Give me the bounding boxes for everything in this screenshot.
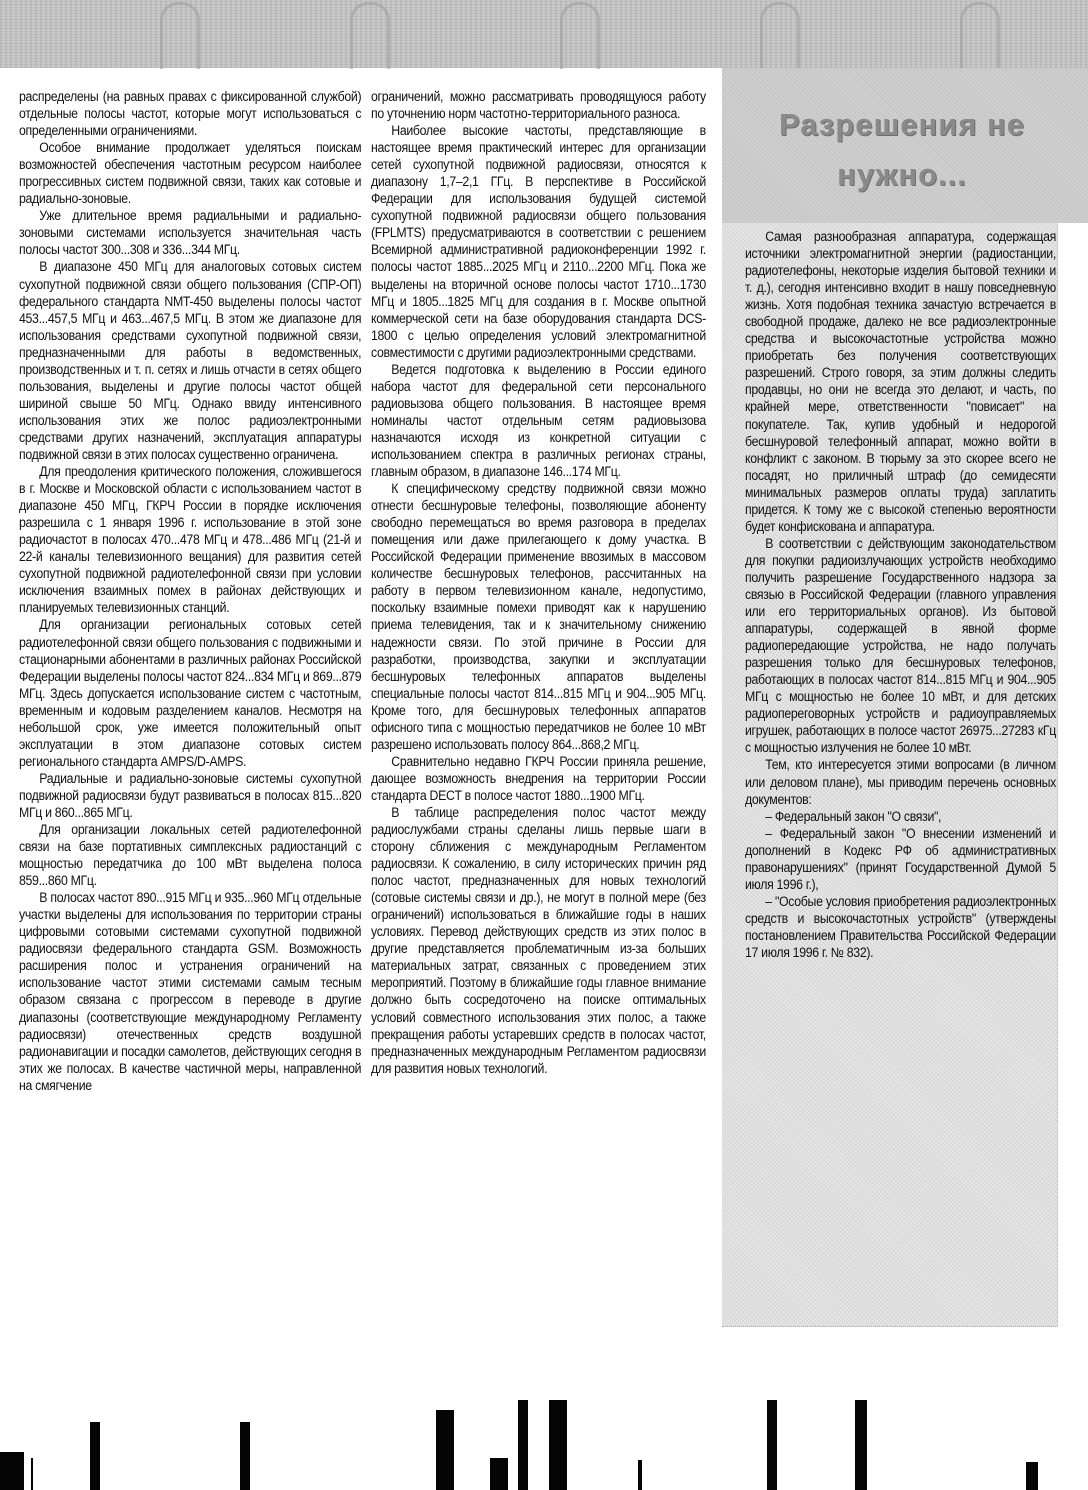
- scan-bar: [855, 1400, 867, 1490]
- article-column-left: распределены (на равных правах с фиксиро…: [19, 88, 361, 1094]
- sidebar-list-item: – Федеральный закон "О связи",: [745, 808, 1056, 825]
- article-column-middle: ограничений, можно рассматривать проводя…: [371, 88, 706, 1077]
- scan-artifact-bars: [0, 1400, 1088, 1490]
- paragraph: Наиболее высокие частоты, представляющие…: [371, 122, 706, 361]
- sidebar-text: Самая разнообразная аппаратура, содержащ…: [745, 228, 1056, 961]
- sidebar-paragraph: В соответствии с действующим законодател…: [745, 535, 1056, 757]
- sidebar-list-item: – "Особые условия приобретения радиоэлек…: [745, 893, 1056, 961]
- ghost-letter-shape: [350, 2, 390, 69]
- paragraph: Ведется подготовка к выделению в России …: [371, 361, 706, 480]
- paragraph: В полосах частот 890...915 МГц и 935...9…: [19, 889, 361, 1094]
- sidebar-title-line-2: нужно...: [722, 150, 1082, 200]
- paragraph: ограничений, можно рассматривать проводя…: [371, 88, 706, 122]
- ghost-letter-shape: [560, 2, 600, 69]
- paragraph: Для организации региональных сотовых сет…: [19, 616, 361, 769]
- sidebar-list-item: – Федеральный закон "О внесении изменени…: [745, 825, 1056, 893]
- scan-bar: [90, 1422, 100, 1490]
- paragraph: Радиальные и радиально-зоновые системы с…: [19, 770, 361, 821]
- scan-bar: [1026, 1462, 1038, 1490]
- scan-bar: [0, 1452, 24, 1490]
- scan-bar: [490, 1458, 508, 1490]
- sidebar-title-line-1: Разрешения не: [722, 100, 1082, 150]
- paragraph: К специфическому средству подвижной связ…: [371, 480, 706, 753]
- ghost-letter-shape: [160, 2, 200, 69]
- paragraph: Для преодоления критического положения, …: [19, 463, 361, 616]
- paragraph: В диапазоне 450 МГц для аналоговых сотов…: [19, 258, 361, 463]
- paragraph: Для организации локальных сетей радиотел…: [19, 821, 361, 889]
- sidebar-paragraph: Самая разнообразная аппаратура, содержащ…: [745, 228, 1056, 535]
- scan-bar: [549, 1400, 567, 1490]
- paragraph: распределены (на равных правах с фиксиро…: [19, 88, 361, 139]
- scan-bar: [638, 1460, 642, 1490]
- sidebar-title: Разрешения не нужно...: [722, 100, 1082, 200]
- scan-bar: [518, 1400, 528, 1490]
- paragraph: В таблице распределения полос частот меж…: [371, 804, 706, 1077]
- ghost-letter-shape: [760, 2, 800, 69]
- paragraph: Сравнительно недавно ГКРЧ России приняла…: [371, 753, 706, 804]
- scan-bar: [436, 1410, 454, 1490]
- paragraph: Особое внимание продолжает уделяться пои…: [19, 139, 361, 207]
- scan-bar: [31, 1458, 33, 1490]
- sidebar-paragraph: Тем, кто интересуется этими вопросами (в…: [745, 756, 1056, 807]
- header-decorative-band: [0, 0, 1088, 68]
- scan-bar: [240, 1422, 250, 1490]
- paragraph: Уже длительное время радиальными и радиа…: [19, 207, 361, 258]
- ghost-letter-shape: [960, 2, 1000, 69]
- scan-bar: [767, 1400, 777, 1490]
